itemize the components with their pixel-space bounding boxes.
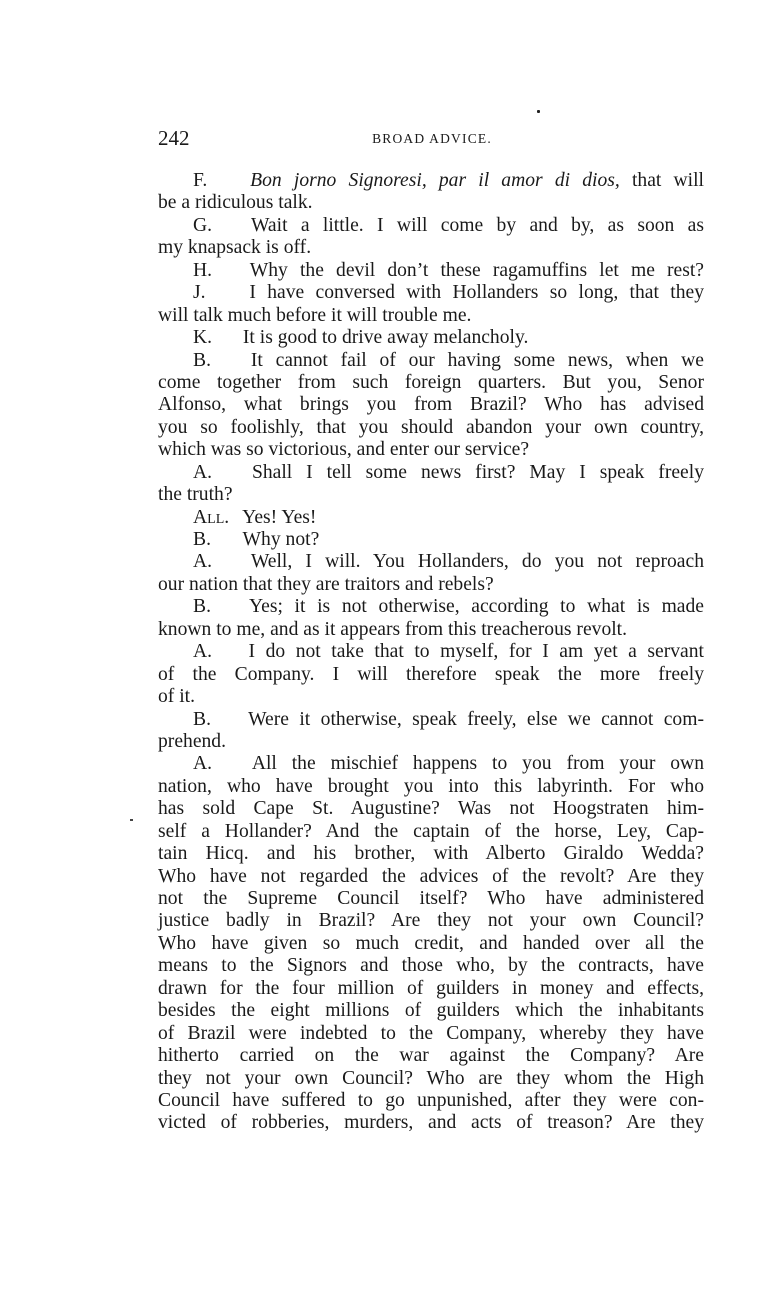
line-text: the truth?	[158, 484, 233, 505]
line-text: I have conversed with Hollanders so long…	[249, 282, 704, 303]
line-text: prehend.	[158, 731, 226, 752]
speaker-label: A.	[193, 462, 238, 484]
line-text: will talk much before it will trouble me…	[158, 305, 471, 326]
text-line: A. I do not take that to myself, for I a…	[158, 641, 704, 663]
line-text: our nation that they are traitors and re…	[158, 574, 494, 595]
line-text: I do not take that to myself, for I am y…	[249, 641, 704, 662]
line-text: victed of robberies, murders, and acts o…	[158, 1112, 704, 1133]
line-text: Council have suffered to go unpunished, …	[158, 1090, 704, 1111]
speaker-label: G.	[193, 215, 238, 237]
text-line: come together from such foreign quarters…	[158, 372, 704, 394]
text-line: of the Company. I will therefore speak t…	[158, 664, 704, 686]
line-text: hitherto carried on the war against the …	[158, 1045, 704, 1066]
speaker-label: A.	[193, 551, 238, 573]
line-text: has sold Cape St. Augustine? Was not Hoo…	[158, 798, 704, 819]
text-line: Who have given so much credit, and hande…	[158, 933, 704, 955]
line-text: my knapsack is off.	[158, 237, 311, 258]
text-line: the truth?	[158, 484, 704, 506]
speaker-label: B.	[193, 709, 238, 731]
text-line: J. I have conversed with Hollanders so l…	[158, 282, 704, 304]
text-line: be a ridiculous talk.	[158, 192, 704, 214]
line-text: Well, I will. You Hollanders, do you not…	[251, 551, 704, 572]
text-line: has sold Cape St. Augustine? Was not Hoo…	[158, 798, 704, 820]
line-text: not the Supreme Council itself? Who have…	[158, 888, 704, 909]
text-line: Alfonso, what brings you from Brazil? Wh…	[158, 394, 704, 416]
text-line: hitherto carried on the war against the …	[158, 1045, 704, 1067]
text-line: A. All the mischief happens to you from …	[158, 753, 704, 775]
speaker-label: J.	[193, 282, 238, 304]
text-line: nation, who have brought you into this l…	[158, 776, 704, 798]
text-line: F. Bon jorno Signoresi, par il amor di d…	[158, 170, 704, 192]
line-text: Yes; it is not otherwise, according to w…	[249, 596, 704, 617]
text-line: prehend.	[158, 731, 704, 753]
text-line: justice badly in Brazil? Are they not yo…	[158, 910, 704, 932]
line-text: of Brazil were indebted to the Company, …	[158, 1023, 704, 1044]
line-text: known to me, and as it appears from this…	[158, 619, 627, 640]
text-line: K. It is good to drive away melancholy.	[158, 327, 704, 349]
line-text: of it.	[158, 686, 195, 707]
text-line: H. Why the devil don’t these ragamuffins…	[158, 260, 704, 282]
text-line: victed of robberies, murders, and acts o…	[158, 1112, 704, 1134]
line-text: tain Hicq. and his brother, with Alberto…	[158, 843, 704, 864]
line-text: Who have not regarded the advices of the…	[158, 866, 704, 887]
text-line: G. Wait a little. I will come by and by,…	[158, 215, 704, 237]
line-text: which was so victorious, and enter our s…	[158, 439, 529, 460]
text-line: of it.	[158, 686, 704, 708]
line-text: drawn for the four million of guilders i…	[158, 978, 704, 999]
text-line: not the Supreme Council itself? Who have…	[158, 888, 704, 910]
speaker-label: All.	[193, 507, 238, 529]
dialogue-body: F. Bon jorno Signoresi, par il amor di d…	[158, 170, 704, 1135]
speaker-label: A.	[193, 753, 238, 775]
line-text: It is good to drive away melancholy.	[243, 327, 529, 348]
line-text: self a Hollander? And the captain of the…	[158, 821, 704, 842]
running-head: BROAD ADVICE.	[158, 127, 706, 151]
line-text: be a ridiculous talk.	[158, 192, 313, 213]
line-text: Who have given so much credit, and hande…	[158, 933, 704, 954]
text-line: B. Yes; it is not otherwise, according t…	[158, 596, 704, 618]
line-text: All the mischief happens to you from you…	[252, 753, 704, 774]
text-line: drawn for the four million of guilders i…	[158, 978, 704, 1000]
text-line: B. It cannot fail of our having some new…	[158, 350, 704, 372]
speaker-label: B.	[193, 529, 238, 551]
text-line: they not your own Council? Who are they …	[158, 1068, 704, 1090]
text-line: which was so victorious, and enter our s…	[158, 439, 704, 461]
italic-phrase: Bon jorno Signoresi, par il amor di dios…	[250, 170, 620, 191]
text-line: tain Hicq. and his brother, with Alberto…	[158, 843, 704, 865]
text-line: known to me, and as it appears from this…	[158, 619, 704, 641]
text-line: you so foolishly, that you should abando…	[158, 417, 704, 439]
text-line: A. Shall I tell some news first? May I s…	[158, 462, 704, 484]
line-text: means to the Signors and those who, by t…	[158, 955, 704, 976]
text-line: Who have not regarded the advices of the…	[158, 866, 704, 888]
print-speck	[537, 110, 540, 113]
line-text: that will	[620, 170, 704, 191]
line-text: they not your own Council? Who are they …	[158, 1068, 704, 1089]
line-text: It cannot fail of our having some news, …	[251, 350, 704, 371]
page-header: 242 BROAD ADVICE.	[158, 125, 706, 151]
line-text: Shall I tell some news first? May I spea…	[252, 462, 704, 483]
text-line: my knapsack is off.	[158, 237, 704, 259]
speaker-label: B.	[193, 596, 238, 618]
line-text: Were it otherwise, speak freely, else we…	[248, 709, 704, 730]
text-line: Council have suffered to go unpunished, …	[158, 1090, 704, 1112]
speaker-label: H.	[193, 260, 238, 282]
line-text: of the Company. I will therefore speak t…	[158, 664, 704, 685]
text-line: B. Why not?	[158, 529, 704, 551]
speaker-label: A.	[193, 641, 238, 663]
text-line: will talk much before it will trouble me…	[158, 305, 704, 327]
line-text: Why the devil don’t these ragamuffins le…	[250, 260, 704, 281]
text-line: of Brazil were indebted to the Company, …	[158, 1023, 704, 1045]
line-text: Alfonso, what brings you from Brazil? Wh…	[158, 394, 704, 415]
text-line: A. Well, I will. You Hollanders, do you …	[158, 551, 704, 573]
book-page: 242 BROAD ADVICE. F. Bon jorno Signoresi…	[0, 0, 776, 1300]
line-text: come together from such foreign quarters…	[158, 372, 704, 393]
line-text: nation, who have brought you into this l…	[158, 776, 704, 797]
text-line: All. Yes! Yes!	[158, 507, 704, 529]
speaker-label: K.	[193, 327, 238, 349]
margin-speck	[130, 819, 133, 821]
line-text: you so foolishly, that you should abando…	[158, 417, 704, 438]
text-line: B. Were it otherwise, speak freely, else…	[158, 709, 704, 731]
text-line: means to the Signors and those who, by t…	[158, 955, 704, 977]
line-text: Yes! Yes!	[242, 507, 316, 528]
speaker-label: B.	[193, 350, 238, 372]
line-text: justice badly in Brazil? Are they not yo…	[158, 910, 704, 931]
line-text: Wait a little. I will come by and by, as…	[251, 215, 704, 236]
text-line: our nation that they are traitors and re…	[158, 574, 704, 596]
speaker-label: F.	[193, 170, 238, 192]
line-text: Why not?	[243, 529, 320, 550]
text-line: besides the eight millions of guilders w…	[158, 1000, 704, 1022]
line-text: besides the eight millions of guilders w…	[158, 1000, 704, 1021]
text-line: self a Hollander? And the captain of the…	[158, 821, 704, 843]
